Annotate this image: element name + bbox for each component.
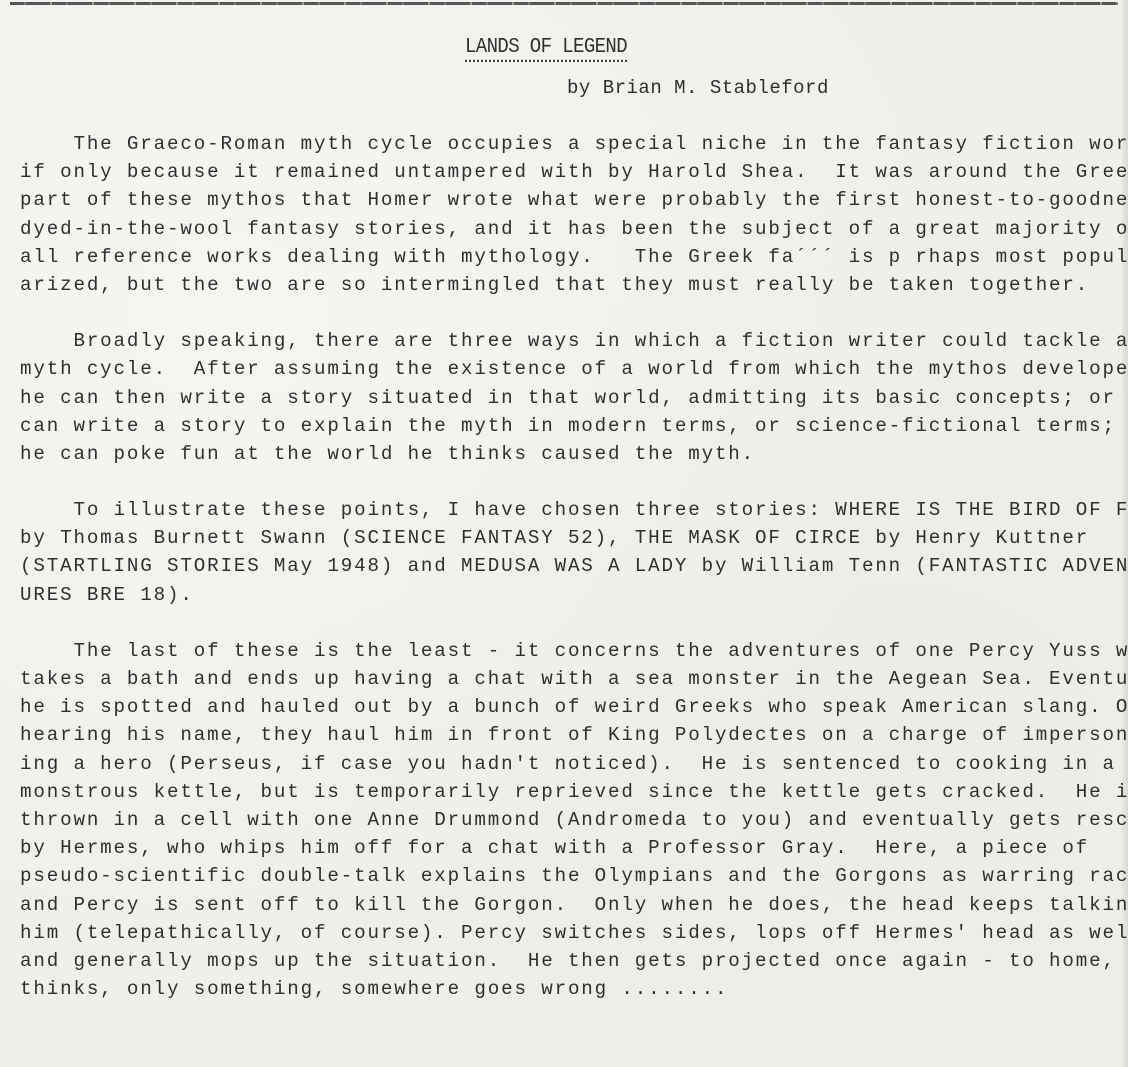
text-line: and Percy is sent off to kill the Gorgon… [20, 891, 1120, 919]
paragraph: To illustrate these points, I have chose… [20, 496, 1120, 609]
text-line: him (telepathically, of course). Percy s… [20, 919, 1120, 947]
article-body: The Graeco-Roman myth cycle occupies a s… [20, 130, 1120, 1031]
text-line: takes a bath and ends up having a chat w… [20, 665, 1120, 693]
text-line: can write a story to explain the myth in… [20, 412, 1120, 440]
paragraph: Broadly speaking, there are three ways i… [20, 327, 1120, 468]
text-line: by Hermes, who whips him off for a chat … [20, 834, 1120, 862]
paragraph: The last of these is the least - it conc… [20, 637, 1120, 1003]
text-line: dyed-in-the-wool fantasy stories, and it… [20, 215, 1120, 243]
text-line: ing a hero (Perseus, if case you hadn't … [20, 750, 1120, 778]
paragraph: The Graeco-Roman myth cycle occupies a s… [20, 130, 1120, 299]
text-line: hearing his name, they haul him in front… [20, 721, 1120, 749]
text-line: thrown in a cell with one Anne Drummond … [20, 806, 1120, 834]
text-line: all reference works dealing with mytholo… [20, 243, 1120, 271]
text-line: The Graeco-Roman myth cycle occupies a s… [20, 130, 1120, 158]
text-line: Broadly speaking, there are three ways i… [20, 327, 1120, 355]
text-line: The last of these is the least - it conc… [20, 637, 1120, 665]
text-line: To illustrate these points, I have chose… [20, 496, 1120, 524]
text-line: thinks, only something, somewhere goes w… [20, 975, 1120, 1003]
text-line: part of these mythos that Homer wrote wh… [20, 186, 1120, 214]
scanned-page: LANDS OF LEGEND by Brian M. Stableford T… [0, 0, 1128, 1067]
text-line: pseudo-scientific double-talk explains t… [20, 862, 1120, 890]
text-line: he can then write a story situated in th… [20, 384, 1120, 412]
text-line: monstrous kettle, but is temporarily rep… [20, 778, 1120, 806]
text-line: arized, but the two are so intermingled … [20, 271, 1120, 299]
text-line: myth cycle. After assuming the existence… [20, 355, 1120, 383]
text-line: he is spotted and hauled out by a bunch … [20, 693, 1120, 721]
top-border-rule [10, 2, 1118, 5]
text-line: by Thomas Burnett Swann (SCIENCE FANTASY… [20, 524, 1120, 552]
text-line: (STARTLING STORIES May 1948) and MEDUSA … [20, 552, 1120, 580]
text-line: URES BRE 18). [20, 581, 1120, 609]
author-byline: by Brian M. Stableford [567, 77, 829, 99]
text-line: he can poke fun at the world he thinks c… [20, 440, 1120, 468]
text-line: and generally mops up the situation. He … [20, 947, 1120, 975]
text-line: if only because it remained untampered w… [20, 158, 1120, 186]
article-title: LANDS OF LEGEND [465, 34, 627, 62]
